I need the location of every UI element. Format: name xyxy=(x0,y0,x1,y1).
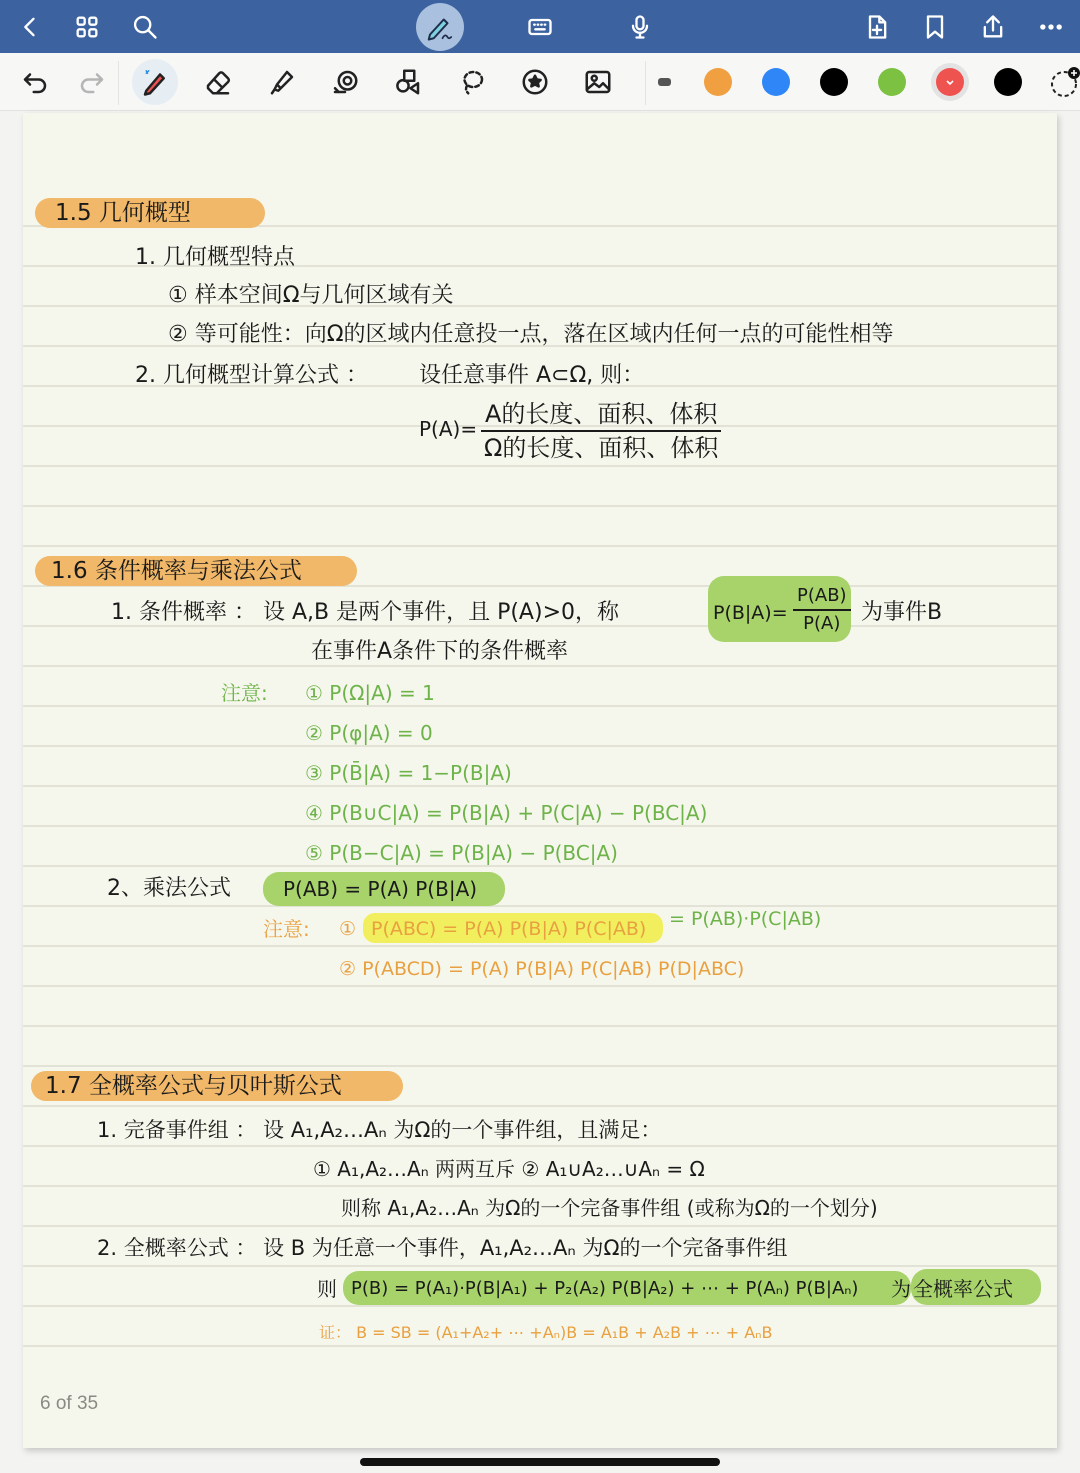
note-line: 1. 几何概型特点 xyxy=(135,242,295,274)
add-page-icon[interactable] xyxy=(860,10,894,44)
ruled-line xyxy=(23,1065,1057,1067)
note-item-tail: = P(AB)·P(C|AB) xyxy=(669,903,821,935)
ruled-line xyxy=(23,545,1057,547)
share-icon[interactable] xyxy=(976,10,1010,44)
ruled-line xyxy=(23,1025,1057,1027)
total-probability-formula: P(B) = P(A₁)·P(B|A₁) + P₂(A₂) P(B|A₂) + … xyxy=(351,1273,858,1305)
chevron-down-icon xyxy=(936,68,964,96)
undo-icon[interactable] xyxy=(15,62,55,102)
pen-mode-icon[interactable] xyxy=(416,3,464,51)
ruled-line xyxy=(23,1105,1057,1107)
fraction-numerator: A的长度、面积、体积 xyxy=(481,398,721,432)
note-item: ② P(ABCD) = P(A) P(B|A) P(C|AB) P(D|ABC) xyxy=(339,953,744,985)
more-icon[interactable] xyxy=(1034,10,1068,44)
top-nav-bar xyxy=(0,0,1080,53)
fraction-numerator: P(AB) xyxy=(793,583,851,611)
shapes-tool-icon[interactable] xyxy=(388,62,428,102)
bookmark-icon[interactable] xyxy=(918,10,952,44)
color-swatch-black[interactable] xyxy=(820,68,848,96)
note-line: 全概率公式 xyxy=(913,1273,1013,1305)
ruled-line xyxy=(23,1225,1057,1227)
search-icon[interactable] xyxy=(128,10,162,44)
color-swatch-red-selected[interactable] xyxy=(936,68,964,96)
note-label: 注意: xyxy=(263,913,310,945)
microphone-icon[interactable] xyxy=(623,10,657,44)
tape-tool-icon[interactable] xyxy=(325,62,365,102)
ruled-line xyxy=(23,785,1057,787)
stroke-thickness-selector[interactable] xyxy=(658,78,671,86)
note-line: 2. 全概率公式 ： 设 B 为任意一个事件，A₁,A₂…Aₙ 为Ω的一个完备事… xyxy=(97,1232,788,1264)
note-line: 为事件B xyxy=(861,597,942,629)
grid-icon[interactable] xyxy=(70,10,104,44)
home-indicator[interactable] xyxy=(360,1458,720,1466)
ruled-line xyxy=(23,745,1057,747)
fraction-denominator: P(A) xyxy=(803,611,840,637)
ruled-line xyxy=(23,465,1057,467)
color-swatch-orange[interactable] xyxy=(704,68,732,96)
ruled-line xyxy=(23,1305,1057,1307)
note-line: ② 等可能性：向Ω的区域内任意投一点，落在区域内任何一点的可能性相等 xyxy=(168,319,894,351)
note-item: ④ P(B∪C|A) = P(B|A) + P(C|A) − P(BC|A) xyxy=(305,797,707,829)
back-icon[interactable] xyxy=(13,10,47,44)
formula-lhs: P(B|A)= xyxy=(713,597,788,629)
multiplication-formula: P(AB) = P(A) P(B|A) xyxy=(283,873,477,905)
ruled-line xyxy=(23,1265,1057,1267)
note-line: 则称 A₁,A₂…Aₙ 为Ω的一个完备事件组 (或称为Ω的一个划分) xyxy=(341,1192,878,1224)
add-color-button[interactable] xyxy=(1046,64,1080,100)
notebook-page[interactable]: 1.5 几何概型 1. 几何概型特点 ① 样本空间Ω与几何区域有关 ② 等可能性… xyxy=(23,113,1057,1448)
ruled-line xyxy=(23,505,1057,507)
keyboard-icon[interactable] xyxy=(523,10,557,44)
redo-icon[interactable] xyxy=(72,62,112,102)
note-item: ③ P(B̄|A) = 1−P(B|A) xyxy=(305,757,512,789)
geometric-probability-fraction: A的长度、面积、体积 Ω的长度、面积、体积 xyxy=(481,398,721,464)
note-line: ① 样本空间Ω与几何区域有关 xyxy=(168,280,454,312)
image-tool-icon[interactable] xyxy=(578,62,618,102)
drawing-toolbar xyxy=(0,53,1080,111)
note-item: ⑤ P(B−C|A) = P(B|A) − P(BC|A) xyxy=(305,837,618,869)
section-heading-1-6: 1.6 条件概率与乘法公式 xyxy=(51,555,302,587)
highlighter-tool-icon[interactable] xyxy=(262,62,302,102)
ruled-line xyxy=(23,945,1057,947)
note-line: 在事件A条件下的条件概率 xyxy=(311,636,568,668)
conditional-probability-fraction: P(AB) P(A) xyxy=(793,583,851,637)
color-swatch-black-2[interactable] xyxy=(994,68,1022,96)
eraser-tool-icon[interactable] xyxy=(198,62,238,102)
note-line: 则 xyxy=(317,1273,337,1305)
formula-lhs: P(A)= xyxy=(419,413,477,445)
note-line: 为 xyxy=(891,1273,911,1305)
lasso-tool-icon[interactable] xyxy=(452,62,492,102)
note-item: ② P(φ|A) = 0 xyxy=(305,717,433,749)
note-item: P(ABC) = P(A) P(B|A) P(C|AB) xyxy=(371,913,646,945)
note-line: 1. 条件概率 ： 设 A,B 是两个事件，且 P(A)>0，称 xyxy=(111,597,619,629)
section-heading-1-5: 1.5 几何概型 xyxy=(55,197,191,229)
proof-line: 证： B = SB = (A₁+A₂+ ⋯ +Aₙ)B = A₁B + A₂B … xyxy=(319,1317,773,1349)
note-line: 2、乘法公式 xyxy=(107,873,231,905)
ruled-line xyxy=(23,1185,1057,1187)
section-heading-1-7: 1.7 全概率公式与贝叶斯公式 xyxy=(45,1070,342,1102)
note-item: ① P(Ω|A) = 1 xyxy=(305,677,435,709)
color-swatch-blue[interactable] xyxy=(762,68,790,96)
note-line: 2. 几何概型计算公式 ： xyxy=(135,360,368,392)
page-indicator: 6 of 35 xyxy=(40,1393,98,1415)
fraction-denominator: Ω的长度、面积、体积 xyxy=(484,432,718,464)
ruled-line xyxy=(23,905,1057,907)
note-label: 注意: xyxy=(221,677,268,709)
sticker-tool-icon[interactable] xyxy=(515,62,555,102)
note-line: ① A₁,A₂…Aₙ 两两互斥 ② A₁∪A₂…∪Aₙ = Ω xyxy=(313,1153,705,1185)
note-line: 设任意事件 A⊂Ω, 则： xyxy=(419,360,644,392)
ruled-line xyxy=(23,985,1057,987)
ruled-line xyxy=(23,705,1057,707)
pen-tool-icon[interactable] xyxy=(132,59,178,105)
note-item-prefix: ① xyxy=(339,913,356,945)
color-swatch-green[interactable] xyxy=(878,68,906,96)
note-line: 1. 完备事件组 ： 设 A₁,A₂…Aₙ 为Ω的一个事件组，且满足： xyxy=(97,1114,661,1146)
